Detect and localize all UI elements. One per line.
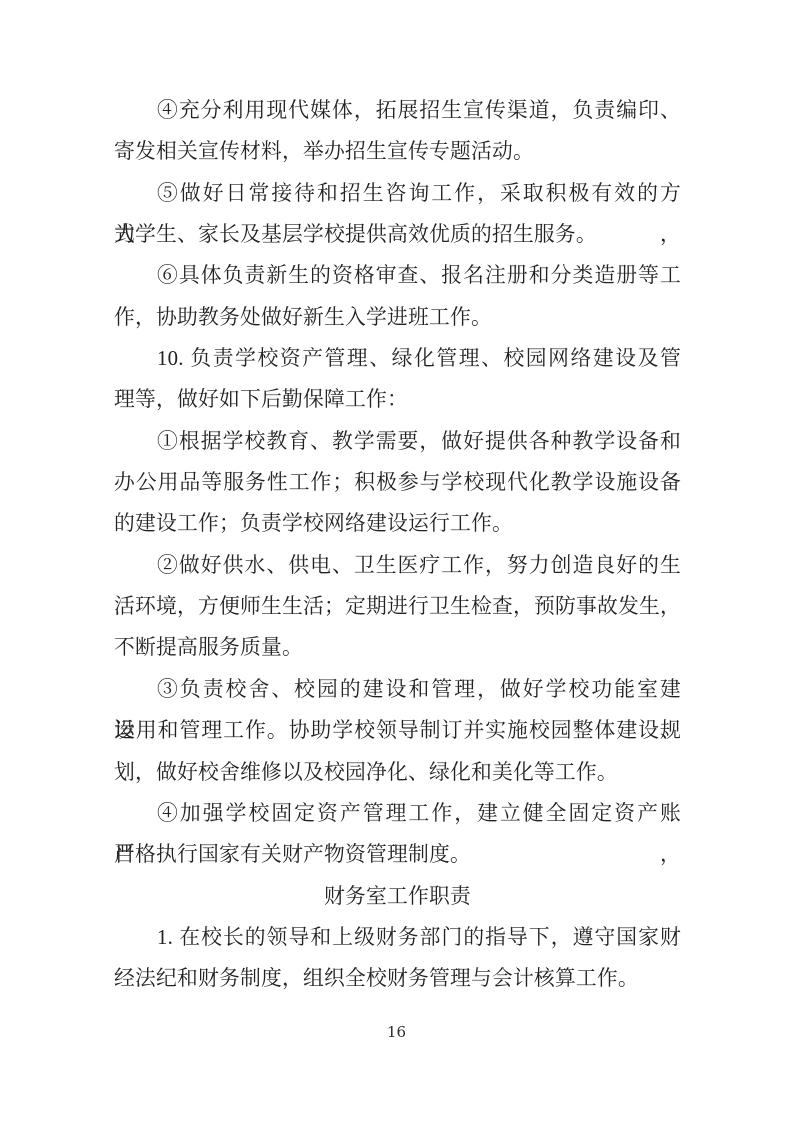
text-line: ①根据学校教育、教学需要，做好提供各种教学设备和 — [114, 421, 681, 462]
text-line: 经法纪和财务制度，组织全校财务管理与会计核算工作。 — [114, 958, 681, 999]
text-line: 运用和管理工作。协助学校领导制订并实施校园整体建设规 — [114, 710, 681, 751]
section-heading: 财务室工作职责 — [114, 876, 681, 917]
text-block: ④充分利用现代媒体，拓展招生宣传渠道，负责编印、寄发相关宣传材料，举办招生宣传专… — [114, 90, 681, 1000]
page-number: 16 — [0, 1023, 793, 1041]
text-line: ②做好供水、供电、卫生医疗工作，努力创造良好的生 — [114, 545, 681, 586]
text-line: ③负责校舍、校园的建设和管理，做好学校功能室建设、 — [114, 669, 681, 710]
text-line: 寄发相关宣传材料，举办招生宣传专题活动。 — [114, 131, 681, 172]
document-page: ④充分利用现代媒体，拓展招生宣传渠道，负责编印、寄发相关宣传材料，举办招生宣传专… — [0, 0, 793, 1122]
text-line: 作，协助教务处做好新生入学进班工作。 — [114, 297, 681, 338]
text-line: 划，做好校舍维修以及校园净化、绿化和美化等工作。 — [114, 752, 681, 793]
text-line: 为学生、家长及基层学校提供高效优质的招生服务。 — [114, 214, 681, 255]
text-line: 10. 负责学校资产管理、绿化管理、校园网络建设及管 — [114, 338, 681, 379]
text-line: 的建设工作；负责学校网络建设运行工作。 — [114, 503, 681, 544]
text-line: ⑥具体负责新生的资格审查、报名注册和分类造册等工 — [114, 255, 681, 296]
text-line: ④充分利用现代媒体，拓展招生宣传渠道，负责编印、 — [114, 90, 681, 131]
text-line: 理等，做好如下后勤保障工作： — [114, 379, 681, 420]
text-line: ④加强学校固定资产管理工作，建立健全固定资产账目， — [114, 793, 681, 834]
text-line: 1. 在校长的领导和上级财务部门的指导下，遵守国家财 — [114, 917, 681, 958]
text-line: ⑤做好日常接待和招生咨询工作，采取积极有效的方式， — [114, 173, 681, 214]
text-line: 办公用品等服务性工作；积极参与学校现代化教学设施设备 — [114, 462, 681, 503]
text-line: 活环境，方便师生生活；定期进行卫生检查，预防事故发生， — [114, 586, 681, 627]
text-line: 不断提高服务质量。 — [114, 627, 681, 668]
